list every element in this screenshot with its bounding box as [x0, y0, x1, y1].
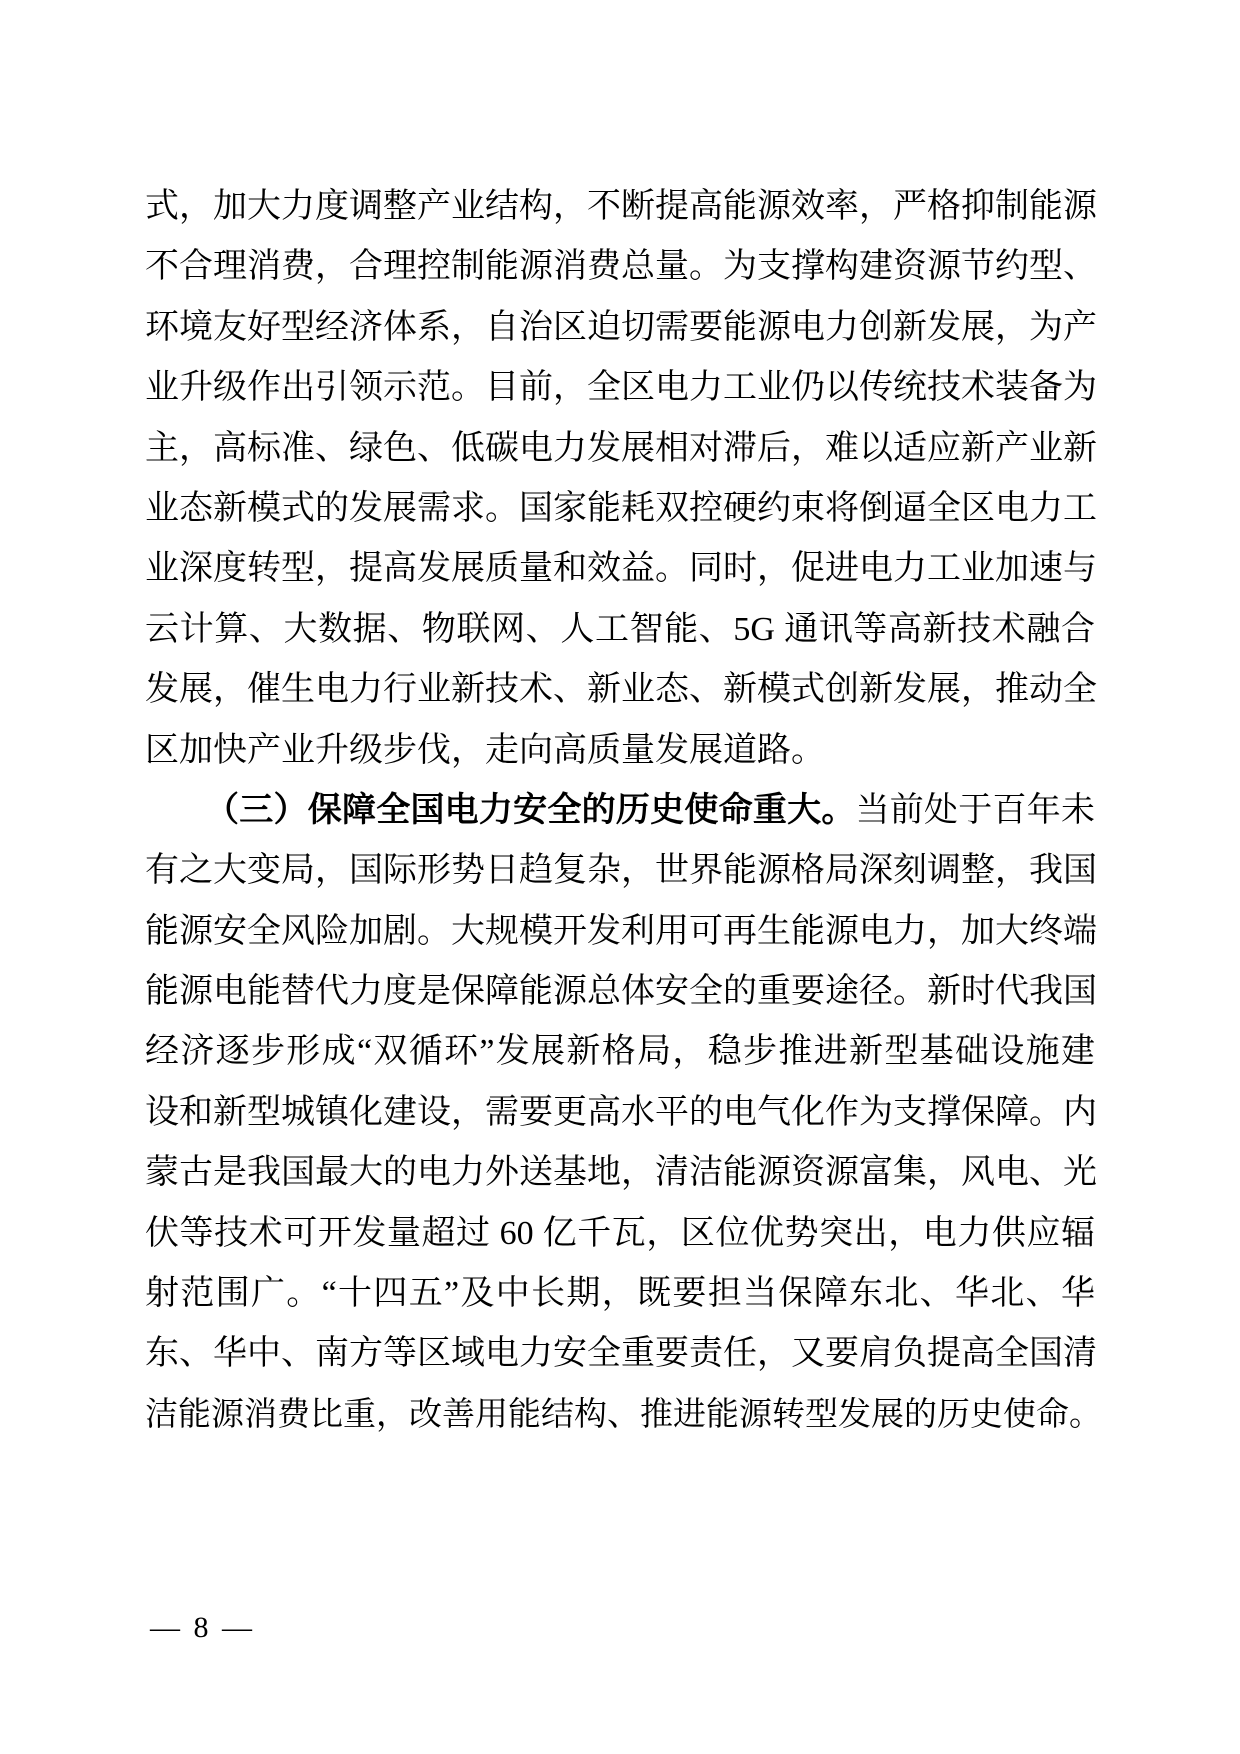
body-line: 不合理消费，合理控制能源消费总量。为支撑构建资源节约型、 [145, 237, 1095, 297]
body-line: 业态新模式的发展需求。国家能耗双控硬约束将倒逼全区电力工 [145, 479, 1095, 539]
body-line: 主，高标准、绿色、低碳电力发展相对滞后，难以适应新产业新 [145, 419, 1095, 479]
body-line: 洁能源消费比重，改善用能结构、推进能源转型发展的历史使命。 [145, 1385, 1095, 1445]
body-line: 云计算、大数据、物联网、人工智能、5G 通讯等高新技术融合 [145, 600, 1095, 660]
page-number: — 8 — [150, 1606, 255, 1650]
body-line: 式，加大力度调整产业结构，不断提高能源效率，严格抑制能源 [145, 177, 1095, 237]
body-line: （三）保障全国电力安全的历史使命重大。当前处于百年未 [145, 781, 1095, 841]
body-line: 射范围广。“十四五”及中长期，既要担当保障东北、华北、华 [145, 1264, 1095, 1324]
body-line: 蒙古是我国最大的电力外送基地，清洁能源资源富集，风电、光 [145, 1143, 1095, 1203]
body-line: 东、华中、南方等区域电力安全重要责任，又要肩负提高全国清 [145, 1324, 1095, 1384]
body-line: 能源安全风险加剧。大规模开发利用可再生能源电力，加大终端 [145, 902, 1095, 962]
body-line: 有之大变局，国际形势日趋复杂，世界能源格局深刻调整，我国 [145, 841, 1095, 901]
body-line: 发展，催生电力行业新技术、新业态、新模式创新发展，推动全 [145, 660, 1095, 720]
body-line: 设和新型城镇化建设，需要更高水平的电气化作为支撑保障。内 [145, 1083, 1095, 1143]
body-line: 业深度转型，提高发展质量和效益。同时，促进电力工业加速与 [145, 539, 1095, 599]
body-line-text: 当前处于百年未 [856, 792, 1095, 829]
body-line: 能源电能替代力度是保障能源总体安全的重要途径。新时代我国 [145, 962, 1095, 1022]
section-heading-bold: （三）保障全国电力安全的历史使命重大。 [205, 792, 856, 829]
document-page: 式，加大力度调整产业结构，不断提高能源效率，严格抑制能源 不合理消费，合理控制能… [0, 0, 1240, 1754]
document-body: 式，加大力度调整产业结构，不断提高能源效率，严格抑制能源 不合理消费，合理控制能… [145, 177, 1095, 1445]
paragraph: 式，加大力度调整产业结构，不断提高能源效率，严格抑制能源 不合理消费，合理控制能… [145, 177, 1095, 781]
body-line: 环境友好型经济体系，自治区迫切需要能源电力创新发展，为产 [145, 298, 1095, 358]
body-line: 业升级作出引领示范。目前，全区电力工业仍以传统技术装备为 [145, 358, 1095, 418]
paragraph: （三）保障全国电力安全的历史使命重大。当前处于百年未 有之大变局，国际形势日趋复… [145, 781, 1095, 1445]
body-line: 经济逐步形成“双循环”发展新格局，稳步推进新型基础设施建 [145, 1022, 1095, 1082]
body-line: 伏等技术可开发量超过 60 亿千瓦，区位优势突出，电力供应辐 [145, 1204, 1095, 1264]
body-line: 区加快产业升级步伐，走向高质量发展道路。 [145, 721, 1095, 781]
